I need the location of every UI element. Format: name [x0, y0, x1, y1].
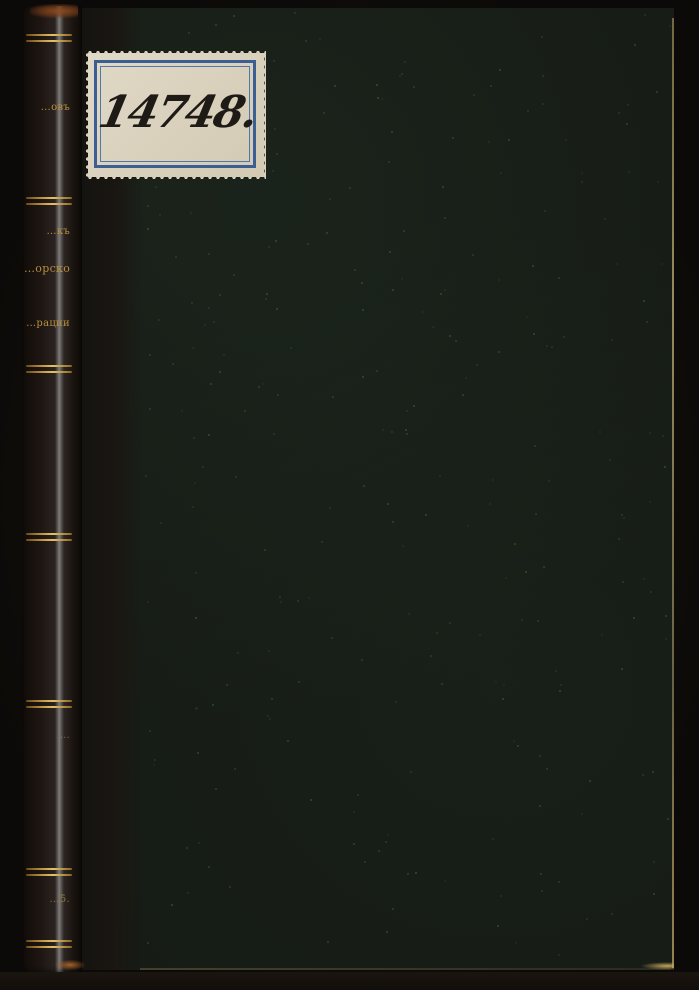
spine-title-line-3: …орской [24, 262, 70, 275]
cover-bottom-edge [140, 968, 670, 970]
spine-title-line-4: …рации [24, 318, 70, 329]
spine-tail-wear [55, 960, 85, 970]
gold-band [26, 34, 72, 43]
spine-title-line-2: …къ [24, 226, 70, 237]
gold-band [26, 940, 72, 949]
spine-volume-mark: … [24, 730, 70, 741]
gold-band [26, 365, 72, 374]
corner-wear [640, 962, 674, 970]
spine-title-line-1: …овъ [24, 102, 70, 113]
spine-volume-number: …5. [24, 894, 70, 905]
cover-fore-edge [672, 18, 674, 968]
book-spine [22, 6, 82, 972]
gold-band [26, 197, 72, 206]
gold-band [26, 868, 72, 877]
catalog-number: 14748. [99, 72, 256, 152]
spine-head-wear [30, 4, 78, 18]
gold-band [26, 700, 72, 709]
table-surface [0, 972, 699, 990]
gold-band [26, 533, 72, 542]
